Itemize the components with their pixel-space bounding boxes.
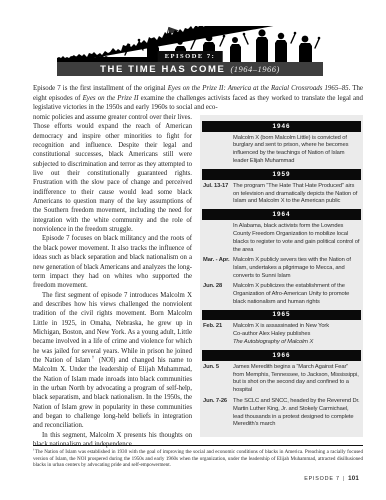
episode-label-text: EPISODE 7: bbox=[165, 53, 216, 60]
timeline-event: Mar. - Apr. Malcolm X publicly severs ti… bbox=[203, 257, 360, 281]
year-label: 1964 bbox=[272, 211, 290, 218]
event-line-1: Malcolm X is assassinated in New York bbox=[233, 323, 360, 331]
event-date: Jul. 13-17 bbox=[203, 183, 233, 207]
paragraph-3-text-b: (NOI) and changed his name to Malcolm X.… bbox=[33, 357, 192, 429]
event-date: Jun. 5 bbox=[203, 364, 233, 396]
title-banner: THE TIME HAS COME (1964–1966) bbox=[57, 62, 323, 76]
page-footer: EPISODE 7|101 bbox=[304, 475, 359, 482]
timeline-sidebar: 1946 Malcolm X (born Malcolm Little) is … bbox=[200, 115, 363, 437]
timeline-event: Feb. 21 Malcolm X is assassinated in New… bbox=[203, 323, 360, 347]
timeline-year-1964: 1964 bbox=[202, 209, 361, 220]
event-text: James Meredith begins a “March Against F… bbox=[233, 364, 360, 396]
lead-book-title-2: Eyes on the Prize II bbox=[83, 95, 139, 102]
page-title-years: (1964–1966) bbox=[230, 64, 279, 74]
event-date: Feb. 21 bbox=[203, 323, 233, 347]
page-title: THE TIME HAS COME bbox=[100, 64, 225, 75]
event-text: The SCLC and SNCC, headed by the Reveren… bbox=[233, 398, 360, 430]
lead-book-title-1: Eyes on the Prize II: America at the Rac… bbox=[168, 85, 349, 92]
event-date bbox=[203, 135, 233, 167]
event-text: In Alabama, black activists form the Low… bbox=[233, 223, 360, 255]
event-book-title: The Autobiography of Malcolm X bbox=[233, 339, 360, 347]
paragraph-4: In this segment, Malcolm X presents his … bbox=[33, 431, 192, 450]
event-date bbox=[203, 223, 233, 255]
footer-episode-label: EPISODE 7 bbox=[304, 476, 340, 482]
timeline-event: Jun. 5 James Meredith begins a “March Ag… bbox=[203, 364, 360, 396]
year-label: 1966 bbox=[272, 352, 290, 359]
event-text: The program “The Hate That Hate Produced… bbox=[233, 183, 360, 207]
footnote-text: The Nation of Islam was established in 1… bbox=[33, 449, 363, 468]
event-text: Malcolm X publicizes the establishment o… bbox=[233, 283, 360, 307]
year-label: 1946 bbox=[272, 123, 290, 130]
page-number: 101 bbox=[348, 475, 359, 482]
event-line-2: Co-author Alex Haley publishes bbox=[233, 331, 360, 339]
body-text-column: nomic policies and assume greater contro… bbox=[33, 113, 192, 449]
year-label: 1959 bbox=[272, 171, 290, 178]
event-date: Jun. 28 bbox=[203, 283, 233, 307]
document-page: EPISODE 7: THE TIME HAS COME (1964–1966)… bbox=[0, 0, 386, 500]
footnote-divider bbox=[33, 445, 363, 446]
timeline-year-1966: 1966 bbox=[202, 350, 361, 361]
event-date: Jun. 7-26 bbox=[203, 398, 233, 430]
episode-label: EPISODE 7: bbox=[158, 51, 223, 62]
timeline-event: Jul. 13-17 The program “The Hate That Ha… bbox=[203, 183, 360, 207]
timeline-event: In Alabama, black activists form the Low… bbox=[203, 223, 360, 255]
footer-separator: | bbox=[343, 476, 345, 482]
timeline-event: Jun. 28 Malcolm X publicizes the establi… bbox=[203, 283, 360, 307]
lead-text-1: Episode 7 is the first installment of th… bbox=[33, 85, 168, 92]
paragraph-3: The first segment of episode 7 introduce… bbox=[33, 291, 192, 431]
year-label: 1965 bbox=[272, 311, 290, 318]
timeline-year-1959: 1959 bbox=[202, 169, 361, 180]
event-text: Malcolm X (born Malcolm Little) is convi… bbox=[233, 135, 360, 167]
intro-lead-paragraph: Episode 7 is the first installment of th… bbox=[33, 84, 363, 113]
paragraph-1-continued: nomic policies and assume greater contro… bbox=[33, 113, 192, 234]
timeline-year-1965: 1965 bbox=[202, 310, 361, 321]
event-text: Malcolm X is assassinated in New YorkCo-… bbox=[233, 323, 360, 347]
footnote: †The Nation of Islam was established in … bbox=[33, 449, 363, 469]
event-date: Mar. - Apr. bbox=[203, 257, 233, 281]
timeline-event: Malcolm X (born Malcolm Little) is convi… bbox=[203, 135, 360, 167]
timeline-event: Jun. 7-26 The SCLC and SNCC, headed by t… bbox=[203, 398, 360, 430]
paragraph-3-text-a: The first segment of episode 7 introduce… bbox=[33, 292, 192, 364]
event-text: Malcolm X publicly severs ties with the … bbox=[233, 257, 360, 281]
paragraph-2: Episode 7 focuses on black militancy and… bbox=[33, 234, 192, 290]
timeline-year-1946: 1946 bbox=[202, 121, 361, 132]
